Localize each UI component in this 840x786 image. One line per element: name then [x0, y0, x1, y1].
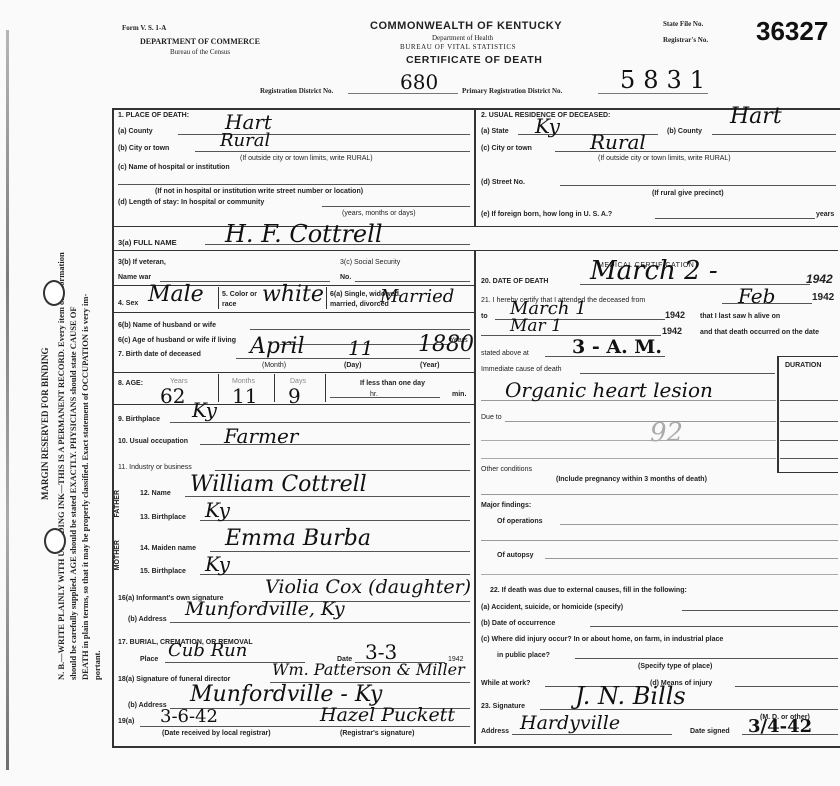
coder-stamp: 92	[650, 418, 683, 448]
reg-district-label: Registration District No.	[260, 87, 333, 95]
war-label: Name war	[118, 274, 151, 281]
burial-place-label: Place	[140, 656, 158, 663]
registrar-no-label: Registrar's No.	[663, 36, 708, 44]
funeral-director-value: Wm. Patterson & Miller	[272, 660, 465, 679]
father-name-label: 12. Name	[140, 490, 171, 497]
other-conditions-label: Other conditions	[481, 466, 532, 473]
month-caption: (Month)	[262, 362, 286, 369]
last-saw-year: 1942	[662, 326, 682, 336]
dept-commerce: DEPARTMENT OF COMMERCE	[140, 37, 260, 46]
color-value: white	[262, 282, 324, 307]
while-at-work-label: While at work?	[481, 680, 530, 687]
birth-label: 7. Birth date of deceased	[118, 351, 201, 358]
birth-year: 1880	[418, 332, 474, 357]
operations-label: Of operations	[497, 518, 543, 525]
binding-hole-bottom	[44, 528, 66, 554]
margin-reserved-text: MARGIN RESERVED FOR BINDING	[40, 348, 50, 500]
attended-to-year: 1942	[665, 310, 685, 320]
certificate-title: CERTIFICATE OF DEATH	[406, 54, 542, 66]
city-value: Rural	[220, 130, 270, 151]
physician-address-value: Hardyville	[520, 712, 620, 734]
birthplace-label: 9. Birthplace	[118, 416, 160, 423]
res-county-label: (b) County	[667, 128, 702, 135]
year-caption: (Year)	[420, 362, 439, 369]
stated-value: 3 - A. M.	[572, 336, 662, 358]
primary-district-label: Primary Registration District No.	[462, 87, 562, 95]
accident-label: (a) Accident, suicide, or homicide (spec…	[481, 604, 623, 611]
signature-label: 23. Signature	[481, 703, 525, 710]
father-birthplace-value: Ky	[205, 498, 230, 522]
registrar-caption: (Registrar's signature)	[340, 730, 414, 737]
informant-value: Violia Cox (daughter)	[265, 576, 471, 598]
margin-instructions-1: N. B.—WRITE PLAINLY WITH UNFADING INK—TH…	[56, 252, 66, 680]
marital-value: Married	[380, 286, 454, 307]
to-label: to	[481, 313, 488, 320]
ss-no-label: No.	[340, 274, 351, 281]
attended-from: Feb	[738, 284, 775, 308]
place-type-note: (Specify type of place)	[638, 663, 712, 670]
dept-health: Department of Health	[432, 34, 493, 42]
occurred-text: and that death occurred on the date	[700, 329, 819, 336]
primary-district-value: 5831	[620, 66, 713, 94]
dod-year: 1942	[806, 272, 833, 286]
last-saw-text: that I last saw h alive on	[700, 313, 780, 320]
public-place-label: in public place?	[497, 652, 550, 659]
received-date-value: 3-6-42	[160, 706, 218, 727]
state-file-number: 36327	[756, 16, 828, 47]
sex-value: Male	[148, 282, 204, 307]
column-divider-top	[474, 108, 476, 226]
mother-side-label: MOTHER	[114, 540, 121, 570]
birth-day: 11	[348, 336, 373, 360]
bureau-census: Bureau of the Census	[170, 48, 230, 56]
due-to-label: Due to	[481, 414, 502, 421]
day-caption: (Day)	[344, 362, 362, 369]
bureau-vital: BUREAU OF VITAL STATISTICS	[400, 43, 516, 51]
hospital-label: (c) Name of hospital or institution	[118, 164, 230, 171]
occupation-value: Farmer	[224, 424, 298, 448]
stated-label: stated above at	[481, 350, 529, 357]
full-name-value: H. F. Cottrell	[225, 220, 383, 248]
binding-hole-top	[43, 280, 65, 306]
spouse-label: 6(b) Name of husband or wife	[118, 322, 216, 329]
received-caption: (Date received by local registrar)	[162, 730, 271, 737]
physician-address-label: Address	[481, 728, 509, 735]
city-note: (If outside city or town limits, write R…	[240, 155, 373, 162]
binding-margin: MARGIN RESERVED FOR BINDING N. B.—WRITE …	[56, 0, 96, 786]
informant-address-value: Munfordville, Ky	[185, 598, 345, 620]
margin-instructions-2: should be carefully supplied. AGE should…	[68, 306, 78, 680]
street-label: (d) Street No.	[481, 179, 525, 186]
ss-label: 3(c) Social Security	[340, 259, 400, 266]
margin-instructions-4: portant.	[92, 650, 102, 680]
veteran-label: 3(b) If veteran,	[118, 259, 166, 266]
res-city-note: (If outside city or town limits, write R…	[598, 155, 731, 162]
res-county-value: Hart	[730, 104, 782, 129]
burial-place-value: Cub Run	[168, 640, 247, 661]
county-label: (a) County	[118, 128, 153, 135]
occurrence-label: (b) Date of occurrence	[481, 620, 555, 627]
father-birthplace-label: 13. Birthplace	[140, 514, 186, 521]
sex-label: 4. Sex	[118, 300, 138, 307]
less-day-label: If less than one day	[360, 380, 425, 387]
attended-from-year: 1942	[812, 292, 834, 303]
res-state-value: Ky	[535, 114, 560, 138]
city-label: (b) City or town	[118, 145, 169, 152]
color-label: 5. Color or race	[222, 290, 262, 310]
dod-value: March 2 -	[590, 256, 718, 286]
age-label: 8. AGE:	[118, 380, 143, 387]
where-injury-label: (c) Where did injury occur? In or about …	[481, 636, 723, 643]
immediate-label: Immediate cause of death	[481, 366, 562, 373]
street-note: (If rural give precinct)	[652, 190, 724, 197]
physician-signature-value: J. N. Bills	[575, 682, 686, 710]
res-city-value: Rural	[590, 130, 646, 154]
hr-label: hr.	[370, 391, 378, 398]
autopsy-label: Of autopsy	[497, 552, 534, 559]
full-name-label: 3(a) FULL NAME	[118, 238, 177, 247]
place-of-death-heading: 1. PLACE OF DEATH:	[118, 112, 189, 119]
state-title: COMMONWEALTH OF KENTUCKY	[370, 20, 562, 32]
occupation-label: 10. Usual occupation	[118, 438, 188, 445]
industry-label: 11. Industry or business	[118, 464, 192, 471]
registrar-signature-value: Hazel Puckett	[320, 704, 455, 726]
margin-instructions-3: DEATH in plain terms, so that it may be …	[80, 294, 90, 680]
mother-birthplace-value: Ky	[205, 552, 230, 576]
res-city-label: (c) City or town	[481, 145, 532, 152]
reg-district-value: 680	[400, 70, 438, 94]
received-label: 19(a)	[118, 718, 134, 725]
stay-note: (years, months or days)	[342, 210, 416, 217]
birthplace-value: Ky	[192, 398, 217, 422]
birth-month: April	[250, 334, 305, 359]
column-divider-bottom	[474, 250, 476, 744]
father-side-label: FATHER	[114, 490, 121, 517]
external-causes-label: 22. If death was due to external causes,…	[490, 587, 687, 594]
duration-label: DURATION	[785, 362, 821, 369]
page-edge	[6, 30, 9, 770]
state-file-label: State File No.	[663, 20, 703, 28]
foreign-label: (e) If foreign born, how long in U. S. A…	[481, 211, 612, 218]
stay-label: (d) Length of stay: In hospital or commu…	[118, 199, 264, 206]
immediate-cause-value: Organic heart lesion	[505, 378, 713, 402]
date-signed-value: 3/4-42	[748, 716, 812, 737]
major-findings-label: Major findings:	[481, 502, 531, 509]
foreign-unit: years	[816, 211, 834, 218]
date-signed-label: Date signed	[690, 728, 730, 735]
dod-label: 20. DATE OF DEATH	[481, 278, 548, 285]
mother-name-label: 14. Maiden name	[140, 545, 196, 552]
father-name-value: William Cottrell	[190, 472, 367, 497]
hospital-note: (If not in hospital or institution write…	[155, 188, 363, 195]
mother-name-value: Emma Burba	[225, 526, 371, 551]
spouse-age-label: 6(c) Age of husband or wife if living	[118, 337, 236, 344]
form-number: Form V. S. 1-A	[122, 24, 166, 32]
informant-address-label: (b) Address	[128, 616, 167, 623]
res-state-label: (a) State	[481, 128, 509, 135]
last-saw-value: Mar 1	[510, 316, 562, 336]
min-label: min.	[452, 391, 466, 398]
mother-birthplace-label: 15. Birthplace	[140, 568, 186, 575]
other-conditions-note: (Include pregnancy within 3 months of de…	[556, 476, 707, 483]
